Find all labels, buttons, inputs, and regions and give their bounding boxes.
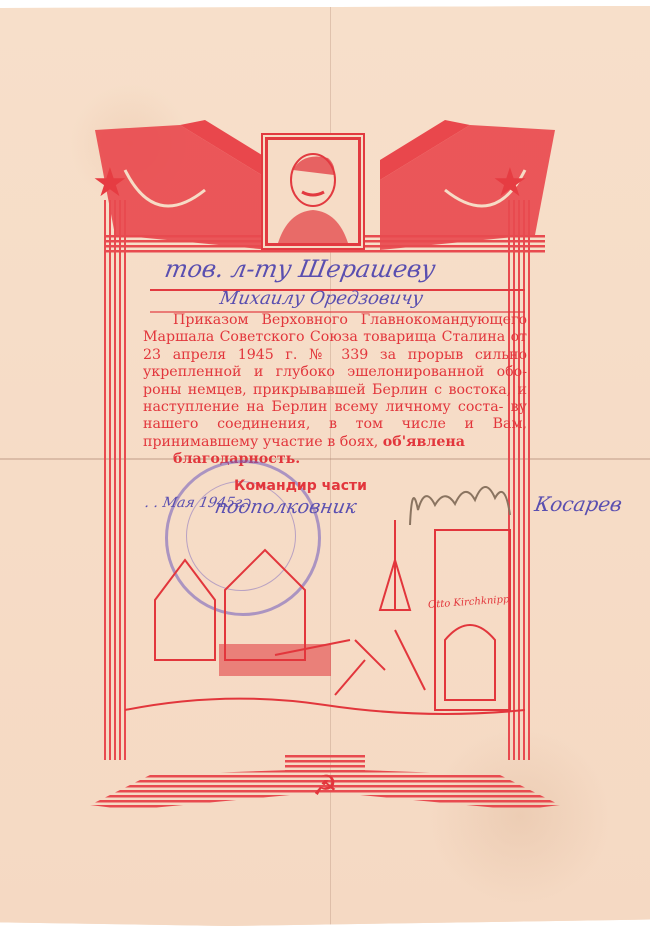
- text-line-2: Маршала Советского Союза товарища Сталин…: [143, 329, 505, 345]
- handwritten-rank: подполковник: [213, 496, 358, 518]
- recipient-line-1: тов. л-ту Шерашеву: [163, 255, 438, 283]
- text-line-1: Приказом Верховного Главнокомандующего: [173, 312, 527, 328]
- recipient-line-2: Михаилу Оредзовичу: [218, 288, 425, 309]
- announced-word: об'явлена: [383, 434, 465, 450]
- commander-label: Командир части: [234, 478, 367, 494]
- text-line-5: роны немцев, прикрывавшей Берлин с восто…: [143, 382, 511, 398]
- battle-scene-illustration: [125, 520, 525, 725]
- bottom-ribbon-emblem: ☭: [90, 750, 560, 810]
- star-icon-left: ★: [92, 163, 128, 203]
- handwritten-surname: Косарев: [533, 492, 624, 516]
- portrait-frame: [265, 137, 361, 246]
- portrait-icon: [268, 140, 358, 243]
- left-frame-column: [104, 200, 126, 760]
- hammer-sickle-icon: ☭: [312, 771, 337, 802]
- star-icon-right: ★: [492, 163, 528, 203]
- text-line-8: принимавшему участие в боях,: [143, 434, 378, 450]
- commendation-text: Приказом Верховного Главнокомандующего М…: [143, 312, 527, 469]
- text-line-4: укрепленной и глубоко эшелонированной об…: [143, 364, 527, 380]
- gratitude-word: благодарность.: [143, 451, 527, 468]
